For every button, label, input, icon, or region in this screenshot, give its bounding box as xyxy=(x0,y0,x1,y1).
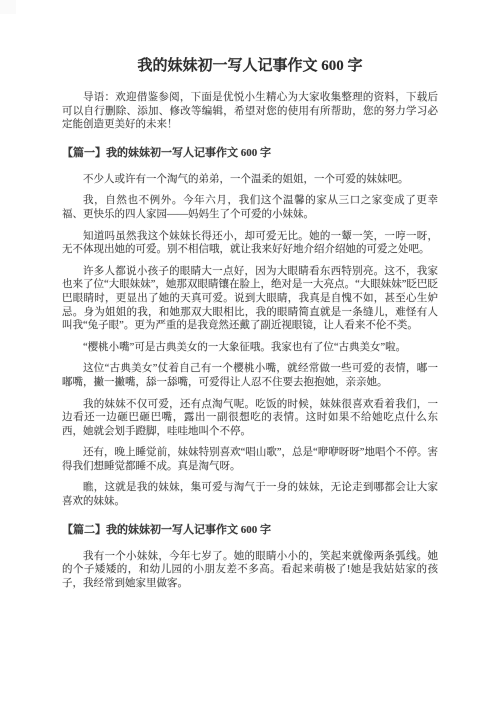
section-1-paragraph: 不少人或许有一个淘气的弟弟，一个温柔的姐姐，一个可爱的妹妹吧。 xyxy=(62,173,438,187)
section-1-paragraph: 瞧，这就是我的妹妹，集可爱与淘气于一身的妹妹，无论走到哪都会让大家喜欢的妹妹。 xyxy=(62,481,438,508)
scan-artifact xyxy=(0,0,16,14)
section-1-paragraph: 还有，晚上睡觉前，妹妹特别喜欢“唱山歌”，总是“咿咿呀呀”地唱个不停。害得我们想… xyxy=(62,446,438,473)
section-1-paragraph: “樱桃小嘴”可是古典美女的一大象征哦。我家也有了位“古典美女”啦。 xyxy=(62,341,438,355)
section-1-paragraph: 这位“古典美女”仗着自己有一个樱桃小嘴，就经常做一些可爱的表情，嘟一嘟嘴，撇一撇… xyxy=(62,362,438,389)
intro-paragraph: 导语：欢迎借鉴参阅，下面是优悦小生精心为大家收集整理的资料，下载后可以自行删除、… xyxy=(62,91,438,132)
section-2-heading: 【篇二】我的妹妹初一写人记事作文 600 字 xyxy=(62,523,438,537)
section-1-paragraph: 许多人都说小孩子的眼睛大一点好，因为大眼睛看东西特别亮。这不，我家也来了位“大眼… xyxy=(62,265,438,333)
section-1-paragraph: 知道吗虽然我这个妹妹长得还小，却可爱无比。她的一颦一笑，一哼一呀，无不体现出她的… xyxy=(62,230,438,257)
document-page: 我的妹妹初一写人记事作文 600 字 导语：欢迎借鉴参阅，下面是优悦小生精心为大… xyxy=(0,0,500,708)
section-1-paragraph: 我的妹妹不仅可爱，还有点淘气呢。吃饭的时候，妹妹很喜欢看着我们，一边看还一边砸巴… xyxy=(62,398,438,439)
section-1-heading: 【篇一】我的妹妹初一写人记事作文 600 字 xyxy=(62,146,438,160)
section-1-paragraph: 我，自然也不例外。今年六月，我们这个温馨的家从三口之家变成了更幸福、更快乐的四人… xyxy=(62,194,438,221)
section-2-paragraph: 我有一个小妹妹，今年七岁了。她的眼睛小小的，笑起来就像两条弧线。她的个子矮矮的，… xyxy=(62,550,438,591)
document-title: 我的妹妹初一写人记事作文 600 字 xyxy=(62,57,438,76)
